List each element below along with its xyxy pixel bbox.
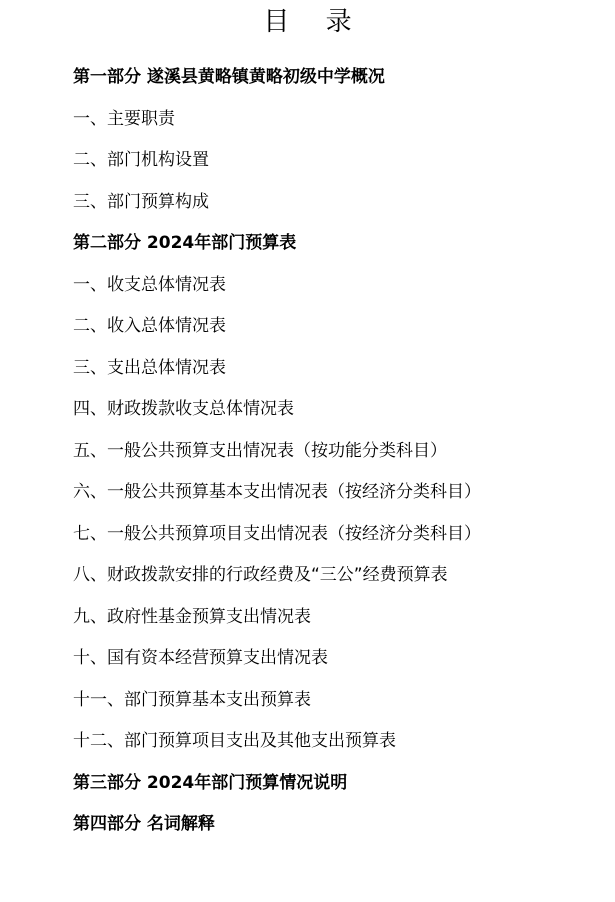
toc-item-budget-composition[interactable]: 三、部门预算构成 — [73, 189, 481, 231]
table-of-contents: 第一部分 遂溪县黄略镇黄略初级中学概况 一、主要职责 二、部门机构设置 三、部门… — [73, 64, 481, 853]
toc-item-table-2[interactable]: 二、收入总体情况表 — [73, 313, 481, 355]
toc-item-table-12[interactable]: 十二、部门预算项目支出及其他支出预算表 — [73, 728, 481, 770]
toc-item-table-10[interactable]: 十、国有资本经营预算支出情况表 — [73, 645, 481, 687]
toc-part-2[interactable]: 第二部分 2024年部门预算表 — [73, 230, 481, 272]
toc-item-table-4[interactable]: 四、财政拨款收支总体情况表 — [73, 396, 481, 438]
toc-part-4[interactable]: 第四部分 名词解释 — [73, 811, 481, 853]
toc-item-table-6[interactable]: 六、一般公共预算基本支出情况表（按经济分类科目） — [73, 479, 481, 521]
toc-item-table-8[interactable]: 八、财政拨款安排的行政经费及“三公”经费预算表 — [73, 562, 481, 604]
toc-item-table-3[interactable]: 三、支出总体情况表 — [73, 355, 481, 397]
toc-part-3[interactable]: 第三部分 2024年部门预算情况说明 — [73, 770, 481, 812]
toc-item-table-11[interactable]: 十一、部门预算基本支出预算表 — [73, 687, 481, 729]
toc-item-table-1[interactable]: 一、收支总体情况表 — [73, 272, 481, 314]
page-title: 目 录 — [0, 4, 615, 40]
toc-item-main-duties[interactable]: 一、主要职责 — [73, 106, 481, 148]
toc-item-table-9[interactable]: 九、政府性基金预算支出情况表 — [73, 604, 481, 646]
toc-item-table-5[interactable]: 五、一般公共预算支出情况表（按功能分类科目） — [73, 438, 481, 480]
toc-item-org-structure[interactable]: 二、部门机构设置 — [73, 147, 481, 189]
toc-part-1[interactable]: 第一部分 遂溪县黄略镇黄略初级中学概况 — [73, 64, 481, 106]
toc-item-table-7[interactable]: 七、一般公共预算项目支出情况表（按经济分类科目） — [73, 521, 481, 563]
